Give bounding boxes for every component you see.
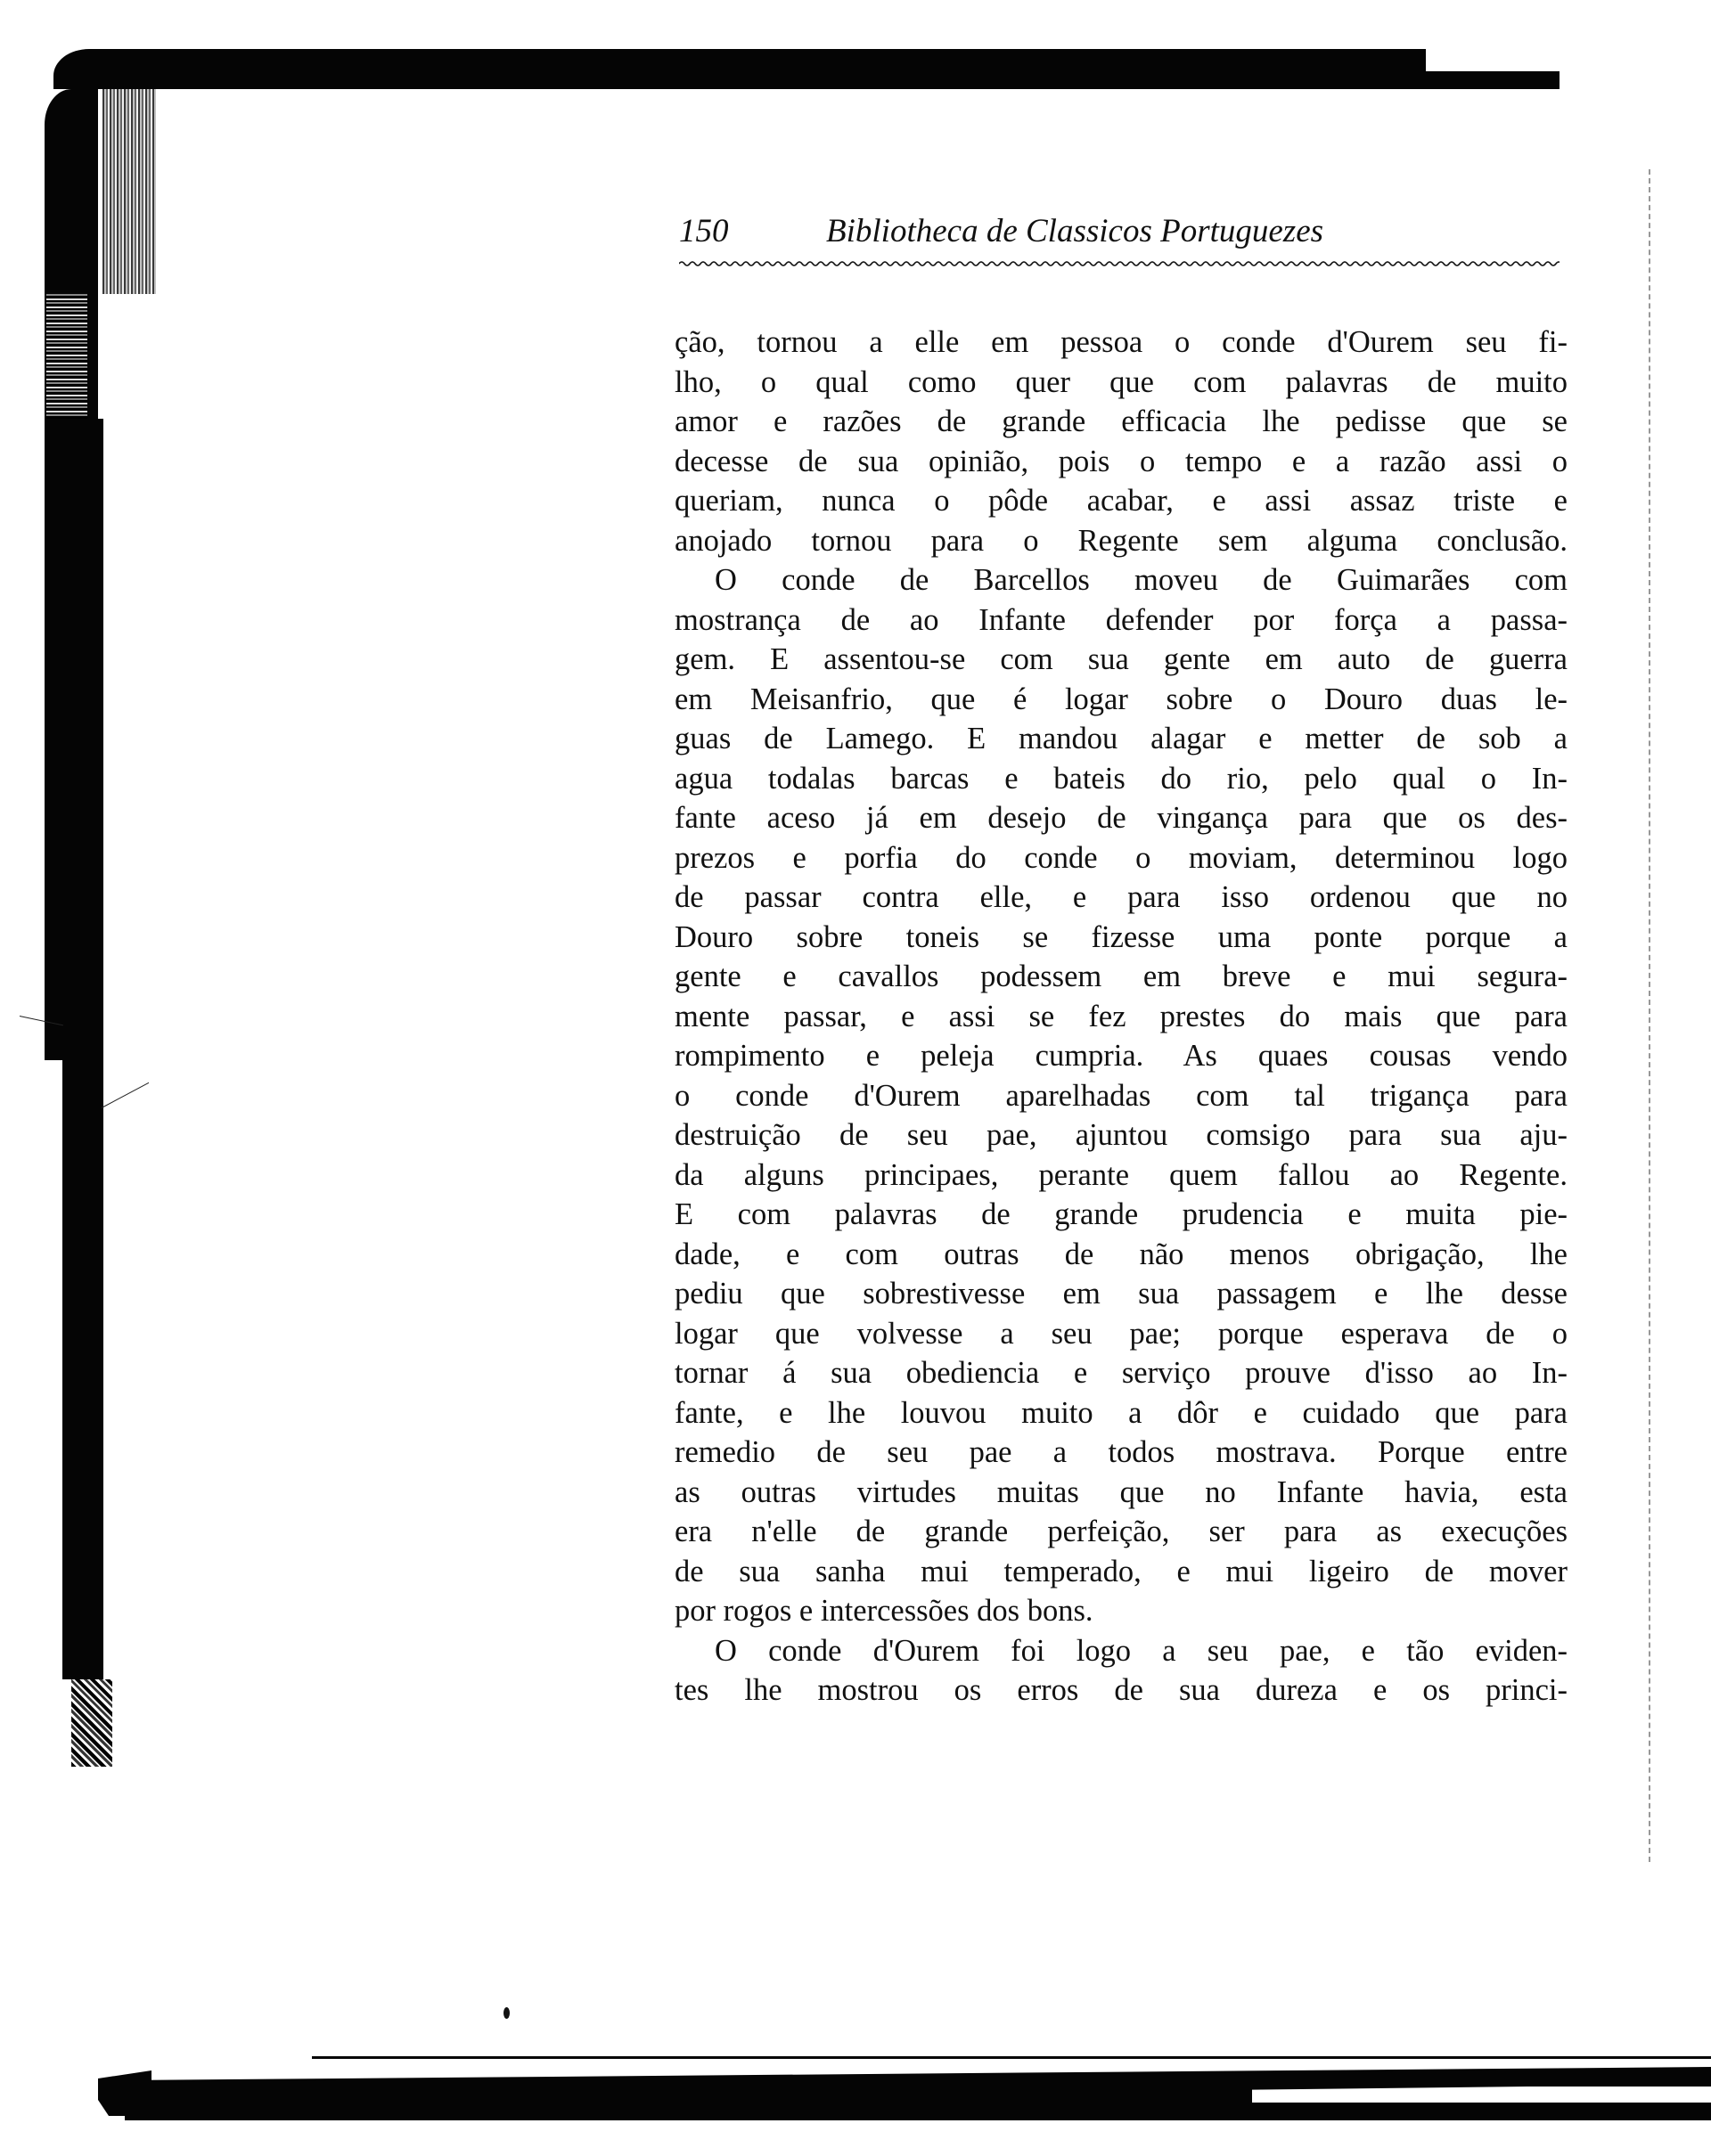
- page-number: 150: [679, 210, 729, 253]
- scan-edge-left-lower: [62, 419, 103, 1679]
- text-line: queriam, nunca o pôde acabar, e assi ass…: [675, 481, 1568, 521]
- text-line: rompimento e peleja cumpria. As quaes co…: [675, 1036, 1568, 1076]
- text-line: era n'elle de grande perfeição, ser para…: [675, 1512, 1568, 1552]
- text-line: Douro sobre toneis se fizesse uma ponte …: [675, 918, 1568, 958]
- text-line: guas de Lamego. E mandou alagar e metter…: [675, 719, 1568, 759]
- text-line: mente passar, e assi se fez prestes do m…: [675, 997, 1568, 1037]
- text-line: O conde de Barcellos moveu de Guimarães …: [675, 560, 1568, 600]
- text-line: pediu que sobrestivesse em sua passagem …: [675, 1274, 1568, 1314]
- text-line: amor e razões de grande efficacia lhe pe…: [675, 402, 1568, 442]
- scan-edge-shading: [102, 89, 156, 294]
- running-title: Bibliotheca de Classicos Portuguezes: [826, 210, 1323, 253]
- stray-mark: [102, 1082, 149, 1108]
- wavy-rule-divider: [679, 259, 1560, 268]
- text-line: de sua sanha mui temperado, e mui ligeir…: [675, 1552, 1568, 1592]
- scan-edge-left-tail: [71, 1679, 112, 1767]
- scan-edge-left-dither: [46, 294, 87, 419]
- text-line: de passar contra elle, e para isso orden…: [675, 878, 1568, 918]
- text-line: logar que volvesse a seu pae; porque esp…: [675, 1314, 1568, 1354]
- text-line: anojado tornou para o Regente sem alguma…: [675, 521, 1568, 561]
- scan-edge-top: [53, 49, 1426, 89]
- text-line: tes lhe mostrou os erros de sua dureza e…: [675, 1670, 1568, 1711]
- text-line: dade, e com outras de não menos obrigaçã…: [675, 1235, 1568, 1275]
- text-line: as outras virtudes muitas que no Infante…: [675, 1473, 1568, 1513]
- ink-speck: [503, 2007, 510, 2019]
- text-line: E com palavras de grande prudencia e mui…: [675, 1195, 1568, 1235]
- body-text: ção, tornou a elle em pessoa o conde d'O…: [675, 323, 1568, 1711]
- text-line: fante, e lhe louvou muito a dôr e cuidad…: [675, 1393, 1568, 1433]
- text-line: em Meisanfrio, que é logar sobre o Douro…: [675, 680, 1568, 720]
- scan-edge-top-step: [1426, 71, 1560, 89]
- text-line: lho, o qual como quer que com palavras d…: [675, 363, 1568, 403]
- text-line: da alguns principaes, perante quem fallo…: [675, 1156, 1568, 1196]
- text-line: o conde d'Ourem aparelhadas com tal trig…: [675, 1076, 1568, 1116]
- text-line: destruição de seu pae, ajuntou comsigo p…: [675, 1115, 1568, 1156]
- text-line: O conde d'Ourem foi logo a seu pae, e tã…: [675, 1631, 1568, 1671]
- text-line: tornar á sua obediencia e serviço prouve…: [675, 1353, 1568, 1393]
- text-line: gente e cavallos podessem em breve e mui…: [675, 957, 1568, 997]
- scan-edge-bottom-line: [312, 2056, 1711, 2059]
- text-line: ção, tornou a elle em pessoa o conde d'O…: [675, 323, 1568, 363]
- scan-edge-bottom-left: [98, 2062, 151, 2116]
- text-line: decesse de sua opinião, pois o tempo e a…: [675, 442, 1568, 482]
- text-line: agua todalas barcas e bateis do rio, pel…: [675, 759, 1568, 799]
- text-line: mostrança de ao Infante defender por for…: [675, 600, 1568, 641]
- running-header: 150 Bibliotheca de Classicos Portuguezes: [679, 210, 1561, 253]
- text-line: remedio de seu pae a todos mostrava. Por…: [675, 1433, 1568, 1473]
- text-line: gem. E assentou-se com sua gente em auto…: [675, 640, 1568, 680]
- text-line: fante aceso já em desejo de vingança par…: [675, 798, 1568, 838]
- page-right-edge: [1649, 169, 1650, 1862]
- text-line: prezos e porfia do conde o moviam, deter…: [675, 838, 1568, 878]
- text-line: por rogos e intercessões dos bons.: [675, 1591, 1568, 1631]
